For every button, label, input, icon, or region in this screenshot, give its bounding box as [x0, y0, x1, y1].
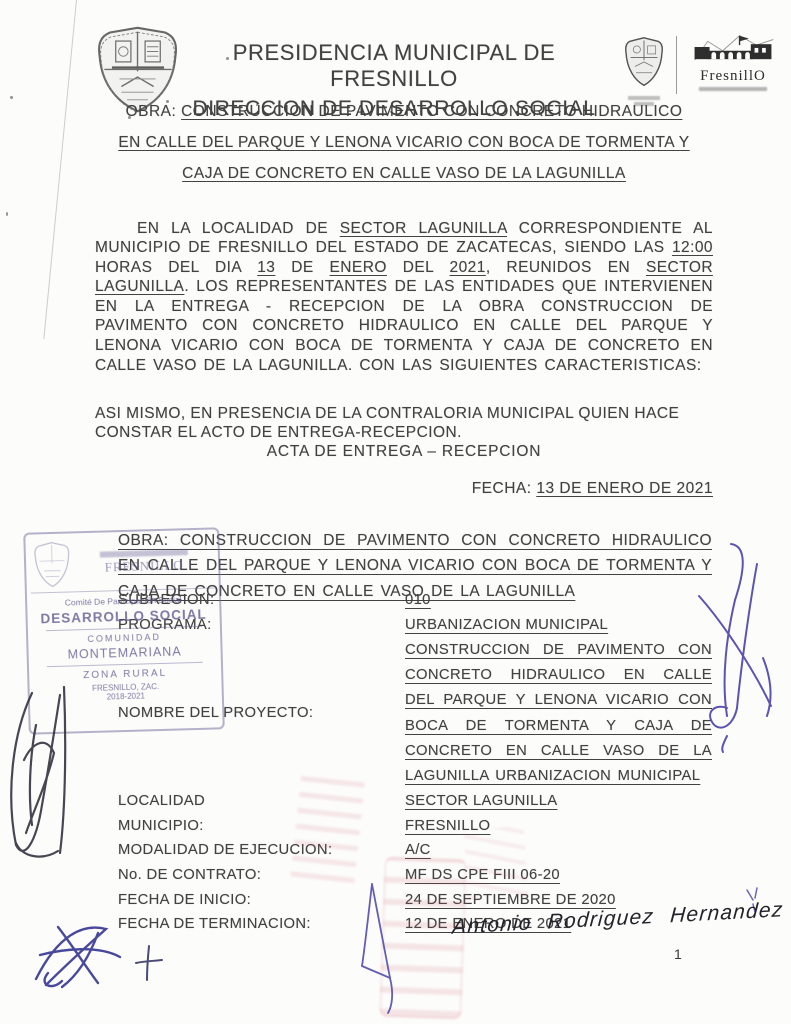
scanned-document-page: PRESIDENCIA MUNICIPAL DE FRESNILLO DIREC…	[0, 0, 791, 1024]
obra-heading-line-1: OBRA: CONSTRUCCION DE PAVIMENTO CON CONC…	[86, 96, 722, 127]
title-line-1: PRESIDENCIA MUNICIPAL DE FRESNILLO	[168, 40, 620, 92]
intro-text: . LOS REPRESENTANTES DE LAS ENTIDADES QU…	[95, 278, 713, 373]
fecha-label: FECHA:	[472, 480, 537, 497]
intro-text: HORAS DEL DIA	[95, 259, 257, 276]
field-row-municipio: MUNICIPIO: FRESNILLO	[118, 814, 712, 839]
blue-signature-scribble	[28, 915, 128, 995]
obra-heading: OBRA: CONSTRUCCION DE PAVIMENTO CON CONC…	[86, 96, 722, 189]
stamp-shield-icon	[29, 540, 74, 589]
aqueduct-building-icon	[690, 32, 776, 62]
fresnillo-city-logo: FresnillO	[685, 30, 781, 91]
blue-triangle-mark	[356, 880, 426, 1015]
obra-heading-line-2: EN CALLE DEL PARQUE Y LENONA VICARIO CON…	[86, 127, 722, 158]
scan-crease-line	[43, 0, 78, 339]
stamp-divider	[46, 626, 202, 631]
stamp-logo-text: FRESNILLO	[74, 556, 214, 576]
field-row-localidad: LOCALIDAD SECTOR LAGUNILLA	[118, 789, 712, 814]
intro-text: EN LA LOCALIDAD DE	[137, 220, 340, 237]
intro-paragraph: EN LA LOCALIDAD DE SECTOR LAGUNILLA CORR…	[95, 219, 713, 376]
stamp-header: FRESNILLO	[29, 533, 214, 593]
scan-speck	[10, 96, 13, 99]
field-value: 010	[405, 588, 712, 613]
right-edge-blue-scribble	[693, 538, 788, 753]
stamp-fresnillo-logo: FRESNILLO	[74, 548, 215, 576]
vertical-ink-signature	[2, 665, 87, 870]
ayuntamiento-shield-logo	[618, 30, 670, 106]
field-label: MUNICIPIO:	[118, 814, 405, 839]
obra-heading-line-3: CAJA DE CONCRETO EN CALLE VASO DE LA LAG…	[86, 158, 722, 189]
field-value: FRESNILLO	[405, 814, 712, 839]
field-label: MODALIDAD DE EJECUCION:	[118, 838, 405, 863]
fresnillo-logo-text: FresnillO	[685, 68, 781, 85]
meeting-year: 2021	[450, 259, 486, 276]
stamp-desarrollo-social: DESARROLLO SOCIAL	[31, 606, 215, 626]
logo-tagline-blur	[699, 87, 767, 91]
meeting-time: 12:00	[672, 239, 713, 256]
meeting-day: 13	[257, 259, 275, 276]
contraloria-paragraph: ASI MISMO, EN PRESENCIA DE LA CONTRALORI…	[95, 404, 713, 443]
field-value: SECTOR LAGUNILLA	[405, 789, 712, 814]
fecha-value: 13 DE ENERO DE 2021	[536, 480, 713, 497]
logo-divider	[676, 36, 677, 94]
fecha-line: FECHA: 13 DE ENERO DE 2021	[95, 480, 713, 498]
stamp-logo-building-blur	[100, 549, 188, 557]
obra-label: OBRA:	[126, 103, 182, 120]
small-shield-icon	[624, 36, 664, 88]
page-number: 1	[674, 946, 682, 962]
stamp-montemariana: MONTEMARIANA	[32, 643, 216, 662]
header-logos: FresnillO	[618, 30, 783, 100]
faded-red-stamp	[464, 826, 529, 900]
acta-title: ACTA DE ENTREGA – RECEPCION	[95, 443, 713, 461]
scan-speck	[6, 212, 8, 216]
field-value: CONSTRUCCION DE PAVIMENTO CON CONCRETO H…	[405, 638, 712, 789]
field-value: URBANIZACION MUNICIPAL	[405, 613, 712, 638]
intro-text: DEL	[387, 259, 450, 276]
meeting-month: ENERO	[330, 259, 387, 276]
intro-text: DE	[275, 259, 329, 276]
locality-name: SECTOR LAGUNILLA	[340, 220, 507, 237]
intro-text: , REUNIDOS EN	[486, 259, 646, 276]
faded-red-stamp	[291, 769, 366, 883]
plus-ink-mark	[134, 942, 164, 984]
obra-heading-text-1: CONSTRUCCION DE PAVIMENTO CON CONCRETO H…	[181, 103, 682, 120]
